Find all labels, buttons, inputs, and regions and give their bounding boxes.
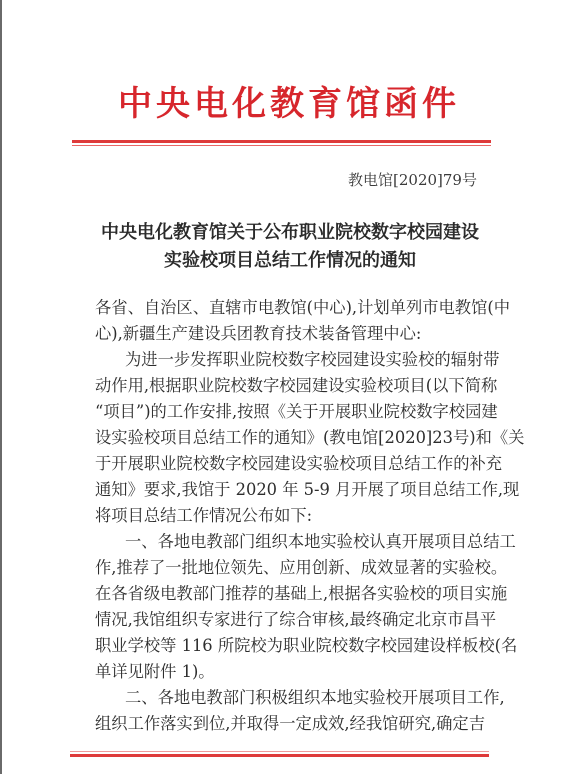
paragraph-1-line-7: 将项目总结工作情况公布如下: bbox=[95, 503, 465, 529]
paragraph-2-line-2: 作,推荐了一批地位领先、应用创新、成效显著的实验校。 bbox=[95, 555, 465, 581]
red-rule-thick bbox=[70, 754, 489, 757]
paragraph-2-line-5: 职业学校等 116 所院校为职业院校数字校园建设样板校(名 bbox=[95, 633, 465, 659]
paragraph-2-line-4: 情况,我馆组织专家进行了综合审核,最终确定北京市昌平 bbox=[95, 607, 465, 633]
notice-title-line-1: 中央电化教育馆关于公布职业院校数字校园建设 bbox=[100, 218, 480, 244]
page-left-border bbox=[0, 0, 2, 774]
paragraph-1-line-2: 动作用,根据职业院校数字校园建设实验校项目(以下简称 bbox=[95, 373, 465, 399]
red-rule-thin bbox=[72, 145, 491, 146]
paragraph-3-line-2: 组织工作落实到位,并取得一定成效,经我馆研究,确定吉 bbox=[95, 711, 465, 737]
document-number: 教电馆[2020]79号 bbox=[348, 169, 477, 190]
paragraph-1-line-3: “项目”)的工作安排,按照《关于开展职业院校数字校园建 bbox=[95, 399, 465, 425]
paragraph-1-line-5: 于开展职业院校数字校园建设实验校项目总结工作的补充 bbox=[95, 451, 465, 477]
red-rule-thick bbox=[72, 140, 491, 143]
letterhead-title: 中央电化教育馆函件 bbox=[118, 84, 458, 124]
paragraph-1-line-4: 设实验校项目总结工作的通知》(教电馆[2020]23号)和《关 bbox=[95, 425, 465, 451]
paragraph-1-line-1: 为进一步发挥职业院校数字校园建设实验校的辐射带 bbox=[125, 347, 465, 373]
paragraph-3-line-1: 二、各地电教部门积极组织本地实验校开展项目工作, bbox=[125, 685, 465, 711]
red-rule-thin bbox=[70, 751, 489, 752]
paragraph-1-line-6: 通知》要求,我馆于 2020 年 5-9 月开展了项目总结工作,现 bbox=[95, 477, 465, 503]
salutation-line-2: 心),新疆生产建设兵团教育技术装备管理中心: bbox=[95, 321, 465, 347]
paragraph-2-line-1: 一、各地电教部门组织本地实验校认真开展项目总结工 bbox=[125, 529, 465, 555]
paragraph-2-line-3: 在各省级电教部门推荐的基础上,根据各实验校的项目实施 bbox=[95, 581, 465, 607]
notice-title-line-2: 实验校项目总结工作情况的通知 bbox=[100, 246, 480, 272]
salutation-line-1: 各省、自治区、直辖市电教馆(中心),计划单列市电教馆(中 bbox=[95, 295, 465, 321]
paragraph-2-line-6: 单详见附件 1)。 bbox=[95, 659, 465, 685]
